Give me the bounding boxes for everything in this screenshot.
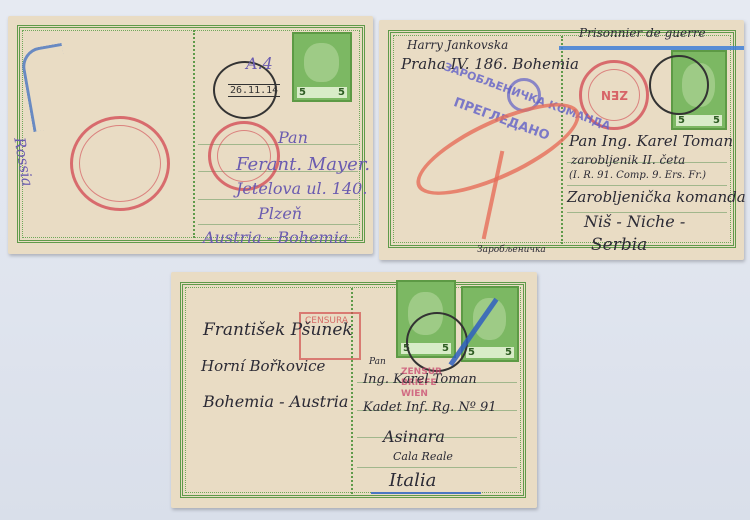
recipient-line: Italia bbox=[389, 470, 436, 491]
postcard-bottom: 55 55 CENSURA ZENSUR BRIEFE WIEN Františ… bbox=[171, 272, 537, 508]
address-line bbox=[198, 199, 358, 200]
card-divider bbox=[193, 30, 195, 238]
mark-text: A.4 bbox=[246, 54, 273, 73]
recipient-line: zarobljenik II. četa bbox=[571, 153, 685, 167]
recipient-line: Zarobljenička komanda bbox=[567, 188, 746, 206]
emperor-portrait-icon bbox=[304, 43, 339, 81]
recipient-line: Ing. Karel Toman bbox=[363, 372, 477, 387]
recipient-line: Asinara bbox=[383, 427, 445, 446]
imprinted-stamp: 55 bbox=[292, 32, 352, 102]
sender-line: Praha IV. 186. Bohemia bbox=[401, 55, 579, 73]
sender-line: František Pšunek bbox=[203, 320, 353, 340]
censor-text: WIEN bbox=[401, 389, 442, 400]
recipient-line: (I. R. 91. Comp. 9. Ers. Fr.) bbox=[569, 170, 706, 181]
footer-note: Заробљеничка bbox=[477, 245, 546, 255]
censor-seal-text: ZEN bbox=[601, 88, 628, 102]
recipient-line: Serbia bbox=[591, 235, 647, 255]
address-line bbox=[198, 224, 358, 225]
stamp-value: 55 bbox=[466, 347, 514, 358]
stamp-value: 55 bbox=[676, 115, 722, 126]
address-line bbox=[567, 185, 727, 186]
recipient-line: Ferant. Mayer. bbox=[236, 154, 370, 175]
censor-seal bbox=[70, 116, 170, 211]
postcard-top-left: 55 26.11.14 A.4 Pan Ferant. Mayer. Jetel… bbox=[8, 16, 373, 254]
recipient-line: Plzeň bbox=[258, 204, 302, 223]
header-note: Prisonnier de guerre bbox=[579, 26, 706, 40]
sender-line: Harry Jankovska bbox=[407, 38, 508, 52]
recipient-line: Kadet Inf. Rg. Nº 91 bbox=[363, 400, 497, 415]
recipient-line: Jetelova ul. 140. bbox=[236, 179, 367, 198]
blue-pencil-line bbox=[559, 46, 744, 50]
sender-line: Horní Bořkovice bbox=[201, 357, 325, 375]
imprinted-stamp: 55 bbox=[461, 286, 519, 362]
recipient-line: Pan bbox=[369, 357, 386, 367]
stamp-value: 55 bbox=[297, 87, 347, 98]
postcard-top-right: 55 Prisonnier de guerre ZEN Harry Jankov… bbox=[379, 20, 744, 260]
recipient-line: Niš - Niche - bbox=[584, 212, 685, 231]
postmark bbox=[649, 55, 709, 115]
postmark-date: 26.11.14 bbox=[228, 84, 280, 97]
postmark bbox=[406, 312, 468, 372]
recipient-line: Cala Reale bbox=[393, 450, 453, 463]
recipient-line: Pan bbox=[278, 128, 308, 147]
address-line bbox=[357, 467, 517, 468]
recipient-line: Austria - Bohemia bbox=[203, 228, 348, 247]
blue-underline bbox=[371, 492, 481, 494]
sender-line: Bohemia - Austria bbox=[203, 392, 348, 411]
recipient-line: Pan Ing. Karel Toman bbox=[569, 132, 733, 150]
